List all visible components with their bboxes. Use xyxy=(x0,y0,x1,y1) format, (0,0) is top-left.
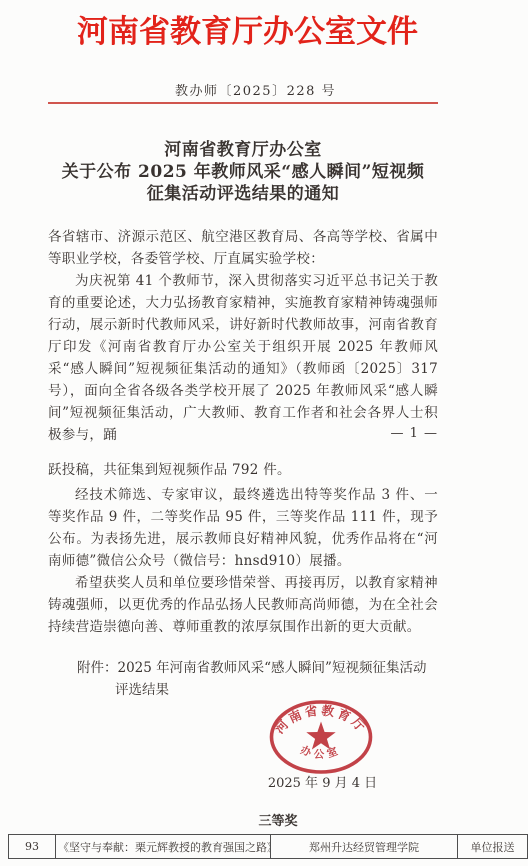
document-page: 河南省教育厅办公室文件 教办师〔2025〕228 号 河南省教育厅办公室 关于公… xyxy=(0,0,528,866)
body-paragraph-2: 跃投稿，共征集到短视频作品 792 件。 xyxy=(48,459,438,481)
attachment-line-1: 附件：2025 年河南省教师风采“感人瞬间”短视频征集活动 xyxy=(77,657,437,679)
body-paragraph-4: 希望获奖人员和单位要珍惜荣誉、再接再厉，以教育家精神铸魂强师，以更优秀的作品弘扬… xyxy=(48,572,438,638)
award-entry-organization: 郑州升达经贸管理学院 xyxy=(271,835,458,859)
official-seal: 河南省教育厅 办公室 xyxy=(268,699,374,777)
notice-title-line-2: 关于公布 2025 年教师风采“感人瞬间”短视频 xyxy=(48,161,438,183)
award-entry-title: 《坚守与奉献：栗元辉教授的教育强国之路》 xyxy=(56,835,271,859)
body-paragraph-1: 为庆祝第 41 个教师节，深入贯彻落实习近平总书记关于教育的重要论述，大力弘扬教… xyxy=(48,270,438,446)
award-grade-heading: 三等奖 xyxy=(238,810,318,829)
notice-title: 河南省教育厅办公室 关于公布 2025 年教师风采“感人瞬间”短视频 征集活动评… xyxy=(48,139,438,205)
red-divider-line xyxy=(48,102,438,104)
seal-bottom-text: 办公室 xyxy=(299,743,343,760)
page-number: — 1 — xyxy=(48,426,438,441)
award-table: 93 《坚守与奉献：栗元辉教授的教育强国之路》 郑州升达经贸管理学院 单位报送 xyxy=(8,834,528,859)
recipients-paragraph: 各省辖市、济源示范区、航空港区教育局、各高等学校、省属中等职业学校，各委管学校、… xyxy=(48,226,438,270)
star-icon xyxy=(306,722,335,750)
document-header-banner: 河南省教育厅办公室文件 xyxy=(40,6,455,51)
svg-text:办公室: 办公室 xyxy=(299,743,343,760)
notice-title-line-3: 征集活动评选结果的通知 xyxy=(48,183,438,205)
notice-title-line-1: 河南省教育厅办公室 xyxy=(48,139,438,161)
award-entry-number: 93 xyxy=(9,835,56,859)
attachment-note: 附件：2025 年河南省教师风采“感人瞬间”短视频征集活动 评选结果 xyxy=(77,657,437,701)
attachment-line-2: 评选结果 xyxy=(115,679,437,701)
award-entry-submission: 单位报送 xyxy=(458,835,528,859)
official-seal-icon: 河南省教育厅 办公室 xyxy=(268,699,374,777)
body-paragraph-3: 经技术筛选、专家审议，最终遴选出特等奖作品 3 件、一等奖作品 9 件，二等奖作… xyxy=(48,484,438,572)
doc-number: 教办师〔2025〕228 号 xyxy=(48,80,463,99)
award-table-row: 93 《坚守与奉献：栗元辉教授的教育强国之路》 郑州升达经贸管理学院 单位报送 xyxy=(9,835,528,859)
